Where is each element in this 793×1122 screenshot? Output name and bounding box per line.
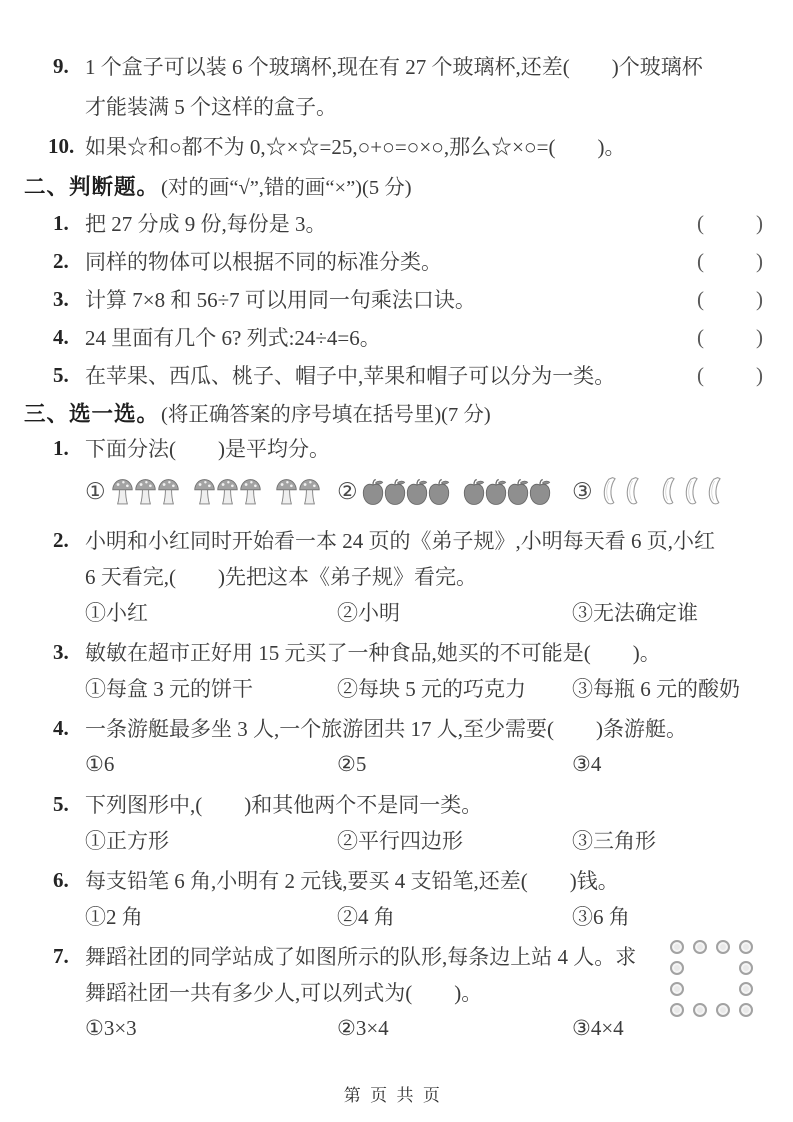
option-3: ③无法确定谁	[572, 597, 793, 627]
judgement-item-1: 1. 把 27 分成 9 份,每份是 3。 ()	[0, 204, 793, 242]
mushroom-group	[275, 477, 321, 507]
option-1: ①6	[85, 752, 337, 777]
question-number: 4.	[53, 716, 85, 741]
apple-icon	[528, 478, 552, 506]
item-text: 把 27 分成 9 份,每份是 3。	[85, 208, 697, 238]
apple-icon	[506, 478, 530, 506]
paren-close: )	[756, 211, 763, 236]
choice-question-2: 2. 小明和小红同时开始看一本 24 页的《弟子规》,小明每天看 6 页,小红 …	[0, 522, 793, 630]
worksheet-page: 9. 1 个盒子可以装 6 个玻璃杯,现在有 27 个玻璃杯,还差( )个玻璃杯…	[0, 0, 793, 1122]
icon-option-apples: ②	[337, 478, 572, 506]
section-instruction: (对的画“√”,错的画“×”)(5 分)	[161, 170, 412, 200]
options-row: ①2 角 ②4 角 ③6 角	[0, 898, 793, 934]
section-choice-header: 三、选一选。 (将正确答案的序号填在括号里)(7 分)	[0, 394, 793, 430]
question-text: 小明和小红同时开始看一本 24 页的《弟子规》,小明每天看 6 页,小红	[85, 525, 793, 555]
judgement-item-3: 3. 计算 7×8 和 56÷7 可以用同一句乘法口诀。 ()	[0, 280, 793, 318]
apple-icon	[427, 478, 451, 506]
apple-icon	[484, 478, 508, 506]
mushroom-icon	[157, 477, 180, 507]
question-number: 1.	[53, 436, 85, 461]
section-judgement-header: 二、判断题。 (对的画“√”,错的画“×”)(5 分)	[0, 166, 793, 204]
paren-open: (	[697, 211, 704, 236]
option-1: ①每盒 3 元的饼干	[85, 673, 337, 703]
icon-option-mushrooms: ①	[85, 477, 337, 507]
option-marker: ③	[572, 479, 593, 505]
question-text: 每支铅笔 6 角,小明有 2 元钱,要买 4 支铅笔,还差( )钱。	[85, 865, 793, 895]
item-text: 在苹果、西瓜、桃子、帽子中,苹果和帽子可以分为一类。	[85, 360, 697, 390]
option-2: ②每块 5 元的巧克力	[337, 673, 572, 703]
question-text: 舞蹈社团的同学站成了如图所示的队形,每条边上站 4 人。求	[85, 941, 793, 971]
item-number: 2.	[53, 249, 85, 274]
paren-close: )	[756, 363, 763, 388]
paren-open: (	[697, 249, 704, 274]
section-instruction: (将正确答案的序号填在括号里)(7 分)	[161, 397, 491, 427]
question-10: 10. 如果☆和○都不为 0,☆×☆=25,○+○=○×○,那么☆×○=( )。	[0, 126, 793, 166]
item-text: 计算 7×8 和 56÷7 可以用同一句乘法口诀。	[85, 284, 697, 314]
mushroom-icon	[216, 477, 239, 507]
option-2: ②4 角	[337, 901, 572, 931]
banana-icon	[622, 475, 644, 509]
question-number: 3.	[53, 640, 85, 665]
paren-close: )	[756, 249, 763, 274]
question-number: 9.	[53, 54, 85, 79]
question-text: 才能装满 5 个这样的盒子。	[85, 91, 765, 121]
option-marker: ①	[85, 479, 106, 505]
apple-icon	[405, 478, 429, 506]
item-text: 24 里面有几个 6? 列式:24÷4=6。	[85, 322, 697, 352]
item-number: 4.	[53, 325, 85, 350]
answer-blank: ()	[697, 249, 763, 274]
section-title: 二、判断题。	[24, 170, 159, 201]
section-title: 三、选一选。	[24, 397, 159, 428]
answer-blank: ()	[697, 287, 763, 312]
banana-icon	[681, 475, 703, 509]
option-1: ①正方形	[85, 825, 337, 855]
question-number: 10.	[48, 134, 80, 159]
question-text: 1 个盒子可以装 6 个玻璃杯,现在有 27 个玻璃杯,还差( )个玻璃杯	[85, 51, 765, 81]
question-9: 9. 1 个盒子可以装 6 个玻璃杯,现在有 27 个玻璃杯,还差( )个玻璃杯	[0, 46, 793, 86]
options-row: ①正方形 ②平行四边形 ③三角形	[0, 822, 793, 858]
paren-close: )	[756, 287, 763, 312]
banana-groups	[598, 475, 726, 509]
choice-question-1: 1. 下面分法( )是平均分。	[0, 430, 793, 466]
judgement-item-4: 4. 24 里面有几个 6? 列式:24÷4=6。 ()	[0, 318, 793, 356]
question-text: 敏敏在超市正好用 15 元买了一种食品,她买的不可能是( )。	[85, 637, 793, 667]
question-text: 6 天看完,( )先把这本《弟子规》看完。	[85, 561, 793, 591]
apple-icon	[383, 478, 407, 506]
answer-blank: ()	[697, 363, 763, 388]
item-number: 3.	[53, 287, 85, 312]
option-3: ③三角形	[572, 825, 793, 855]
mushroom-icon	[193, 477, 216, 507]
option-1: ①3×3	[85, 1016, 337, 1041]
option-3: ③每瓶 6 元的酸奶	[572, 673, 793, 703]
banana-icon	[599, 475, 621, 509]
banana-icon	[704, 475, 726, 509]
apple-icon	[361, 478, 385, 506]
item-number: 5.	[53, 363, 85, 388]
apple-groups	[363, 478, 552, 506]
option-3: ③6 角	[572, 901, 793, 931]
choice-question-7: 7. 舞蹈社团的同学站成了如图所示的队形,每条边上站 4 人。求 舞蹈社团一共有…	[0, 938, 793, 1046]
option-2: ②5	[337, 752, 572, 777]
options-row: ①6 ②5 ③4	[0, 746, 793, 782]
paren-open: (	[697, 325, 704, 350]
question-number: 2.	[53, 528, 85, 553]
mushroom-icon	[111, 477, 134, 507]
option-3: ③4	[572, 752, 793, 777]
option-2: ②平行四边形	[337, 825, 572, 855]
option-2: ②3×4	[337, 1016, 572, 1041]
paren-close: )	[756, 325, 763, 350]
question-text: 一条游艇最多坐 3 人,一个旅游团共 17 人,至少需要( )条游艇。	[85, 713, 793, 743]
banana-group	[598, 475, 644, 509]
apple-group	[464, 478, 552, 506]
question-number: 7.	[53, 944, 85, 969]
question-text: 舞蹈社团一共有多少人,可以列式为( )。	[85, 977, 793, 1007]
choice-question-5: 5. 下列图形中,( )和其他两个不是同一类。 ①正方形 ②平行四边形 ③三角形	[0, 786, 793, 858]
question-9-continued: 才能装满 5 个这样的盒子。	[0, 86, 793, 126]
option-1: ①小红	[85, 597, 337, 627]
mushroom-groups	[111, 477, 321, 507]
answer-blank: ()	[697, 325, 763, 350]
question-text: 如果☆和○都不为 0,☆×☆=25,○+○=○×○,那么☆×○=( )。	[85, 131, 765, 161]
question-number: 5.	[53, 792, 85, 817]
choice-question-4: 4. 一条游艇最多坐 3 人,一个旅游团共 17 人,至少需要( )条游艇。 ①…	[0, 710, 793, 782]
answer-blank: ()	[697, 211, 763, 236]
judgement-item-2: 2. 同样的物体可以根据不同的标准分类。 ()	[0, 242, 793, 280]
mushroom-icon	[298, 477, 321, 507]
mushroom-icon	[239, 477, 262, 507]
judgement-item-5: 5. 在苹果、西瓜、桃子、帽子中,苹果和帽子可以分为一类。 ()	[0, 356, 793, 394]
page-footer: 第页共页	[0, 1081, 793, 1106]
question-text: 下列图形中,( )和其他两个不是同一类。	[85, 789, 793, 819]
option-marker: ②	[337, 479, 358, 505]
apple-icon	[462, 478, 486, 506]
paren-open: (	[697, 287, 704, 312]
item-number: 1.	[53, 211, 85, 236]
options-row: ①小红 ②小明 ③无法确定谁	[0, 594, 793, 630]
option-2: ②小明	[337, 597, 572, 627]
question-text: 下面分法( )是平均分。	[85, 433, 793, 463]
mushroom-icon	[134, 477, 157, 507]
choice-question-3: 3. 敏敏在超市正好用 15 元买了一种食品,她买的不可能是( )。 ①每盒 3…	[0, 634, 793, 706]
banana-icon	[658, 475, 680, 509]
icon-options-row: ① ② ③	[0, 466, 793, 518]
options-row: ①每盒 3 元的饼干 ②每块 5 元的巧克力 ③每瓶 6 元的酸奶	[0, 670, 793, 706]
option-1: ①2 角	[85, 901, 337, 931]
icon-option-bananas: ③	[572, 475, 793, 509]
mushroom-group	[111, 477, 180, 507]
mushroom-icon	[275, 477, 298, 507]
item-text: 同样的物体可以根据不同的标准分类。	[85, 246, 697, 276]
question-number: 6.	[53, 868, 85, 893]
paren-open: (	[697, 363, 704, 388]
banana-group	[657, 475, 726, 509]
apple-group	[363, 478, 451, 506]
choice-question-6: 6. 每支铅笔 6 角,小明有 2 元钱,要买 4 支铅笔,还差( )钱。 ①2…	[0, 862, 793, 934]
mushroom-group	[193, 477, 262, 507]
